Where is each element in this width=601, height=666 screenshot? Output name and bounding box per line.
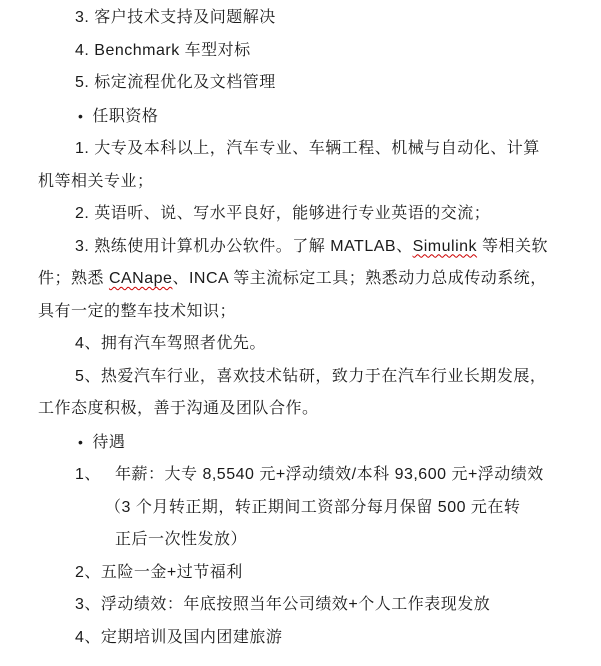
bullet-marker-icon: • (78, 426, 83, 459)
document-text: 3. 客户技术支持及问题解决4. Benchmark 车型对标5. 标定流程优化… (38, 2, 567, 654)
doc-line: 5、热爱汽车行业，喜欢技术钻研，致力于在汽车行业长期发展， (38, 361, 567, 394)
text-segment: 4、拥有汽车驾照者优先。 (75, 335, 266, 352)
text-segment: 3、浮动绩效：年底按照当年公司绩效+个人工作表现发放 (75, 596, 490, 613)
text-segment: 任职资格 (92, 108, 158, 125)
text-segment: 件；熟悉 (38, 270, 109, 287)
doc-line: 正后一次性发放） (38, 524, 567, 557)
text-segment: 3. 客户技术支持及问题解决 (75, 9, 276, 26)
text-segment: 1. 大专及本科以上，汽车专业、车辆工程、机械与自动化、计算 (75, 140, 540, 157)
doc-line: 1. 大专及本科以上，汽车专业、车辆工程、机械与自动化、计算 (38, 133, 567, 166)
document-page: 3. 客户技术支持及问题解决4. Benchmark 车型对标5. 标定流程优化… (0, 0, 601, 666)
text-segment: 1、 (75, 459, 115, 492)
doc-line: •待遇 (38, 426, 567, 460)
text-segment: 、INCA 等主流标定工具；熟悉动力总成传动系统， (172, 270, 546, 287)
text-segment: 5、热爱汽车行业，喜欢技术钻研，致力于在汽车行业长期发展， (75, 368, 546, 385)
text-segment: 工作态度积极，善于沟通及团队合作。 (38, 400, 319, 417)
doc-line: 4. Benchmark 车型对标 (38, 35, 567, 68)
bullet-marker-icon: • (78, 100, 83, 133)
spellcheck-word: Simulink (413, 238, 477, 255)
doc-line: •任职资格 (38, 100, 567, 134)
text-segment: 4. Benchmark 车型对标 (75, 42, 251, 59)
doc-line: 具有一定的整车技术知识； (38, 296, 567, 329)
text-segment: 机等相关专业； (38, 173, 154, 190)
doc-line: 件；熟悉 CANape、INCA 等主流标定工具；熟悉动力总成传动系统， (38, 263, 567, 296)
text-segment: 3. 熟练使用计算机办公软件。了解 MATLAB、 (75, 238, 413, 255)
doc-line: （3 个月转正期，转正期间工资部分每月保留 500 元在转 (38, 492, 567, 525)
text-segment: 具有一定的整车技术知识； (38, 303, 236, 320)
doc-line: 3. 熟练使用计算机办公软件。了解 MATLAB、Simulink 等相关软 (38, 231, 567, 264)
doc-line: 1、年薪：大专 8,5540 元+浮动绩效/本科 93,600 元+浮动绩效 (38, 459, 567, 492)
doc-line: 工作态度积极，善于沟通及团队合作。 (38, 393, 567, 426)
text-segment: （3 个月转正期，转正期间工资部分每月保留 500 元在转 (105, 499, 520, 516)
spellcheck-word: CANape (109, 270, 172, 287)
doc-line: 5. 标定流程优化及文档管理 (38, 67, 567, 100)
text-segment: 4、定期培训及国内团建旅游 (75, 629, 282, 646)
doc-line: 4、定期培训及国内团建旅游 (38, 622, 567, 655)
doc-line: 3、浮动绩效：年底按照当年公司绩效+个人工作表现发放 (38, 589, 567, 622)
doc-line: 机等相关专业； (38, 166, 567, 199)
text-segment: 待遇 (92, 434, 125, 451)
doc-line: 4、拥有汽车驾照者优先。 (38, 328, 567, 361)
text-segment: 2、五险一金+过节福利 (75, 564, 243, 581)
text-segment: 年薪：大专 8,5540 元+浮动绩效/本科 93,600 元+浮动绩效 (115, 466, 544, 483)
doc-line: 2、五险一金+过节福利 (38, 557, 567, 590)
text-segment: 正后一次性发放） (115, 531, 247, 548)
doc-line: 3. 客户技术支持及问题解决 (38, 2, 567, 35)
doc-line: 2. 英语听、说、写水平良好，能够进行专业英语的交流； (38, 198, 567, 231)
text-segment: 2. 英语听、说、写水平良好，能够进行专业英语的交流； (75, 205, 490, 222)
text-segment: 等相关软 (477, 238, 548, 255)
text-segment: 5. 标定流程优化及文档管理 (75, 74, 276, 91)
